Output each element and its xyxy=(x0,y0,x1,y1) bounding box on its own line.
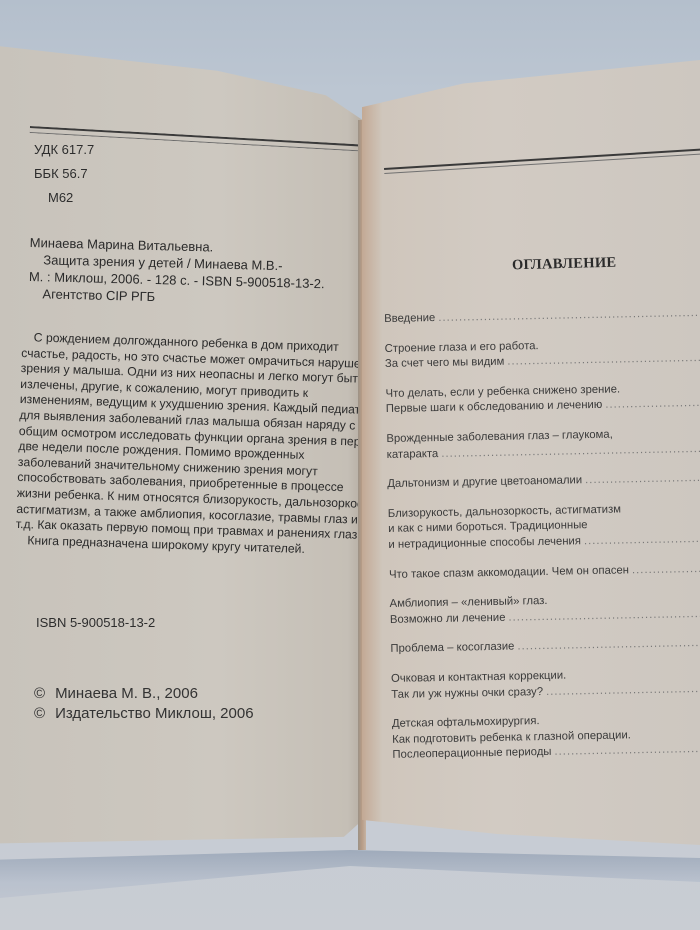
toc-entry-text: Введение xyxy=(384,311,435,328)
left-page-imprint: УДК 617.7 ББК 56.7 М62 Минаева Марина Ви… xyxy=(0,30,362,845)
author-mark: М62 xyxy=(48,190,73,205)
copyright-text: Издательство Миклош, 2006 xyxy=(55,705,254,722)
toc-entry: Что такое спазм аккомодации. Чем он опас… xyxy=(389,561,700,583)
dot-leader xyxy=(585,471,700,489)
toc-entry-text: Послеоперационные периоды xyxy=(392,745,551,764)
toc-entry-line: Проблема – косоглазие xyxy=(390,636,700,658)
bbk-code: ББК 56.7 xyxy=(34,166,88,181)
toc-entry-text: За счет чего мы видим xyxy=(385,355,505,373)
right-page-contents: ОГЛАВЛЕНИЕ ВведениеСтроение глаза и его … xyxy=(362,60,700,845)
table-of-contents: ВведениеСтроение глаза и его работа.За с… xyxy=(384,306,700,778)
toc-entry-line: Что такое спазм аккомодации. Чем он опас… xyxy=(389,561,700,583)
copyright-text: Минаева М. В., 2006 xyxy=(55,685,198,702)
dot-leader xyxy=(507,351,700,371)
toc-entry: Амблиопия – «ленивый» глаз.Возможно ли л… xyxy=(389,591,700,629)
toc-entry-text: Что такое спазм аккомодации. Чем он опас… xyxy=(389,563,629,583)
toc-entry-line: Введение xyxy=(384,306,700,328)
dot-leader xyxy=(517,636,700,655)
dot-leader xyxy=(438,306,700,327)
toc-entry-text: Дальтонизм и другие цветоаномалии xyxy=(387,473,582,492)
toc-entry: Проблема – косоглазие xyxy=(390,636,700,658)
dot-leader xyxy=(554,742,700,761)
toc-entry-text: катаракта xyxy=(387,447,439,464)
copyright-publisher: ©Издательство Миклош, 2006 xyxy=(34,705,254,722)
dot-leader xyxy=(508,606,700,626)
catalog-entry: Минаева Марина Витальевна. Защита зрения… xyxy=(28,234,325,309)
copyright-icon: © xyxy=(34,705,45,722)
isbn: ISBN 5-900518-13-2 xyxy=(36,615,155,630)
toc-entry: Строение глаза и его работа.За счет чего… xyxy=(385,335,700,373)
toc-entry-line: Дальтонизм и другие цветоаномалии xyxy=(387,471,700,493)
dot-leader xyxy=(605,396,700,414)
dot-leader xyxy=(584,532,700,550)
dot-leader xyxy=(546,681,700,700)
toc-entry-text: и нетрадиционные способы лечения xyxy=(388,534,581,553)
toc-entry: Врожденные заболевания глаз – глаукома,к… xyxy=(386,426,700,464)
toc-title: ОГЛАВЛЕНИЕ xyxy=(512,255,617,275)
annotation-text: С рождением долгожданного ребенка в дом … xyxy=(15,330,362,559)
dot-leader xyxy=(632,561,700,578)
toc-entry: Введение xyxy=(384,306,700,328)
toc-entry: Очковая и контактная коррекции.Так ли уж… xyxy=(391,666,700,704)
udk-code: УДК 617.7 xyxy=(34,142,94,157)
toc-entry: Детская офтальмохирургия.Как подготовить… xyxy=(392,711,700,764)
copyright-author: ©Минаева М. В., 2006 xyxy=(34,685,198,702)
header-rule xyxy=(384,148,700,174)
toc-entry: Дальтонизм и другие цветоаномалии xyxy=(387,471,700,493)
toc-entry-text: Проблема – косоглазие xyxy=(390,640,514,658)
toc-entry: Что делать, если у ребенка снижено зрени… xyxy=(385,380,700,418)
copyright-icon: © xyxy=(34,685,45,702)
table-shadow xyxy=(0,850,700,930)
toc-entry-text: Возможно ли лечение xyxy=(390,610,506,628)
toc-entry-text: Первые шаги к обследованию и лечению xyxy=(386,398,603,418)
toc-entry: Близорукость, дальнозоркость, астигматиз… xyxy=(388,500,700,553)
toc-entry-text: Так ли уж нужны очки сразу? xyxy=(391,685,543,704)
